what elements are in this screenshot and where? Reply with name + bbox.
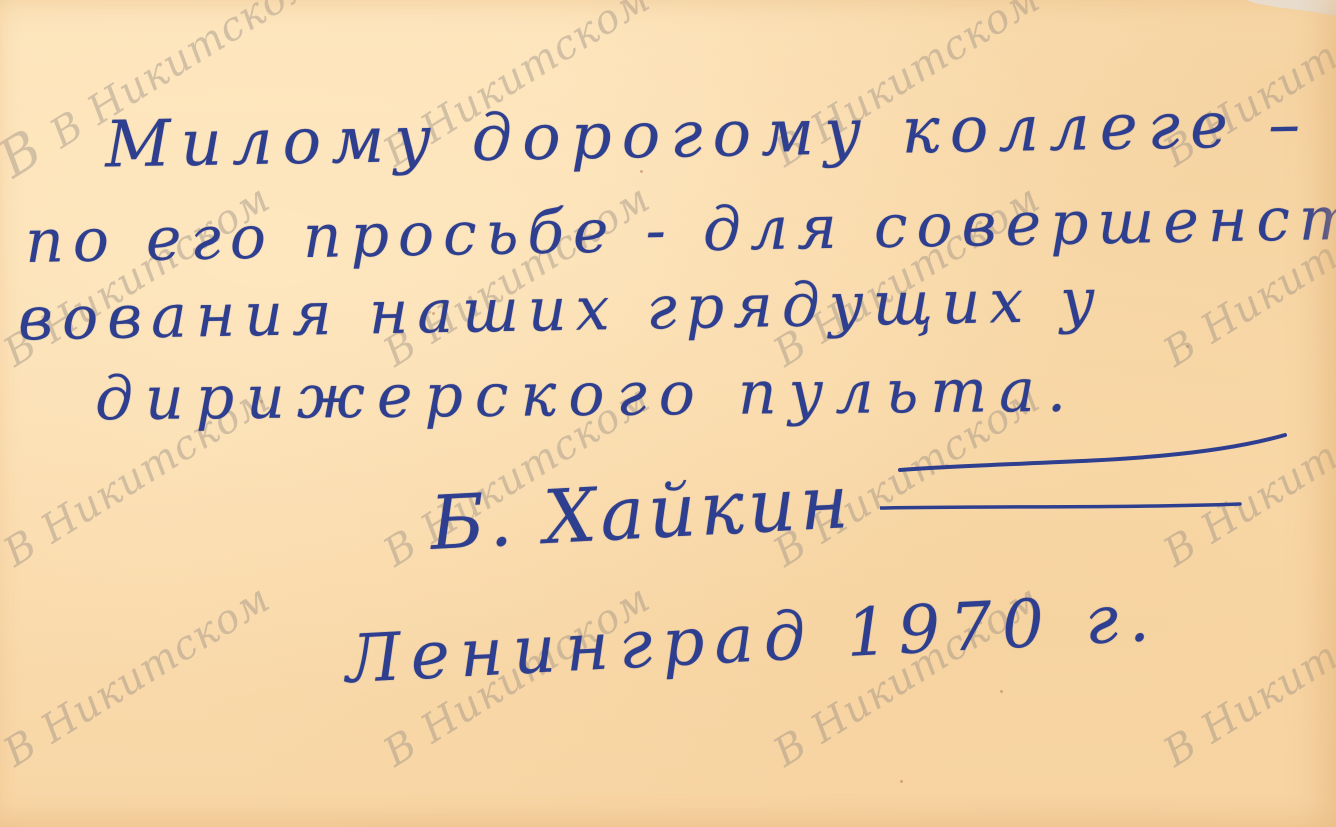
watermark: В Никитском xyxy=(1156,375,1336,576)
place-and-date: Ленинград 1970 г. xyxy=(344,579,1162,699)
inscription-line-4: дирижерского пульта. xyxy=(95,356,1079,435)
watermark: В Никитском xyxy=(1156,575,1336,776)
document-paper: В В Никитском В Никитском В Никитском В … xyxy=(0,0,1336,827)
paper-speck xyxy=(1000,690,1003,693)
inscription-line-1: Милому дорогому коллеге – xyxy=(104,87,1310,182)
watermark: В Никитском xyxy=(0,575,279,776)
torn-corner xyxy=(1246,0,1336,16)
paper-speck xyxy=(900,780,903,783)
inscription-line-3: вования наших грядущих у xyxy=(17,266,1104,355)
